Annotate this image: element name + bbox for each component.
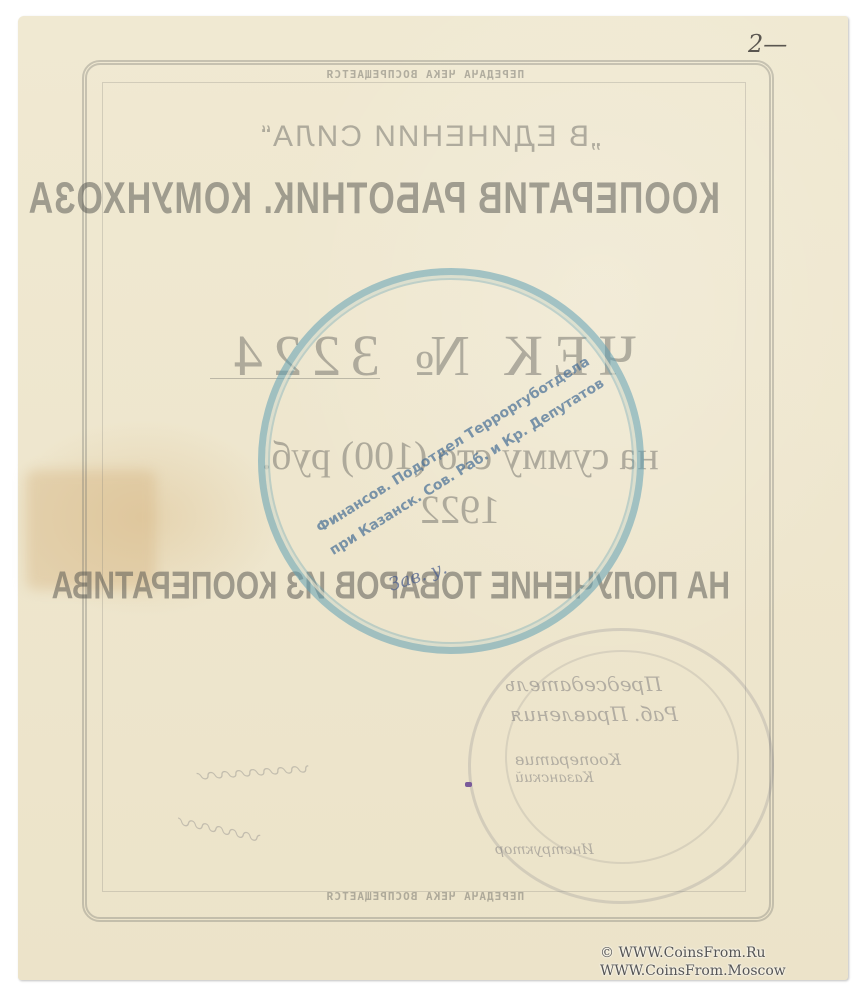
grey-stamp-text-5: Инструктор <box>495 842 594 858</box>
mirrored-cooperative-name: КООПЕРАТИВ РАБОТНИК. КОМУНХОЗА <box>140 174 720 225</box>
grey-stamp-text-4: Казанский <box>515 770 594 786</box>
mirrored-motto: „В ЕДИНЕНИИ СИЛА“ <box>130 120 730 154</box>
handwritten-corner-mark: 2— <box>748 30 787 58</box>
border-text-top: ПЕРЕДАЧА ЧЕКА ВОСПРЕЩАЕТСЯ <box>90 68 760 81</box>
mirrored-signature-1: 〰〰〰〰 <box>199 748 314 796</box>
grey-stamp-text-1: Председатель <box>505 672 662 696</box>
grey-stamp-text-3: Кооператив <box>515 750 621 769</box>
watermark-line-2: WWW.CoinsFrom.Moscow <box>600 962 786 980</box>
watermark-line-1: © WWW.CoinsFrom.Ru <box>600 944 786 962</box>
ink-spot <box>465 782 472 787</box>
watermark: © WWW.CoinsFrom.Ru WWW.CoinsFrom.Moscow <box>600 944 786 980</box>
grey-stamp-text-2: Раб. Правления <box>510 702 678 726</box>
